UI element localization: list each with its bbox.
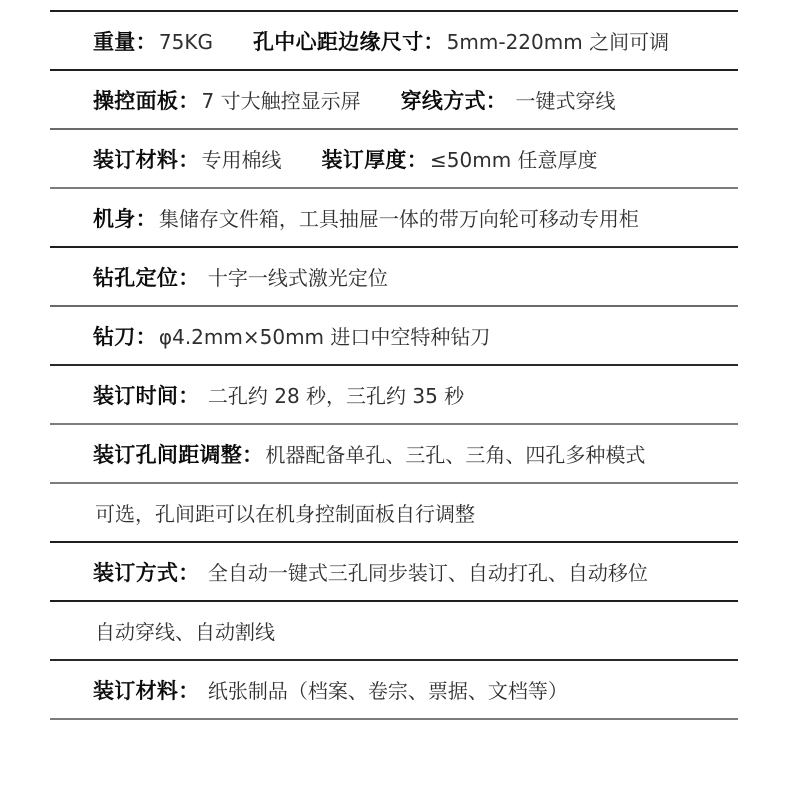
- spec-sheet-page: { "page": { "background_color": "#ffffff…: [0, 0, 790, 793]
- spec-segment: 重量：75KG: [93, 26, 213, 56]
- spec-row: 自动穿线、自动割线: [50, 602, 738, 661]
- spec-segment: 孔中心距边缘尺寸：5mm-220mm 之间可调: [253, 26, 669, 56]
- spec-segment: 钻刀：φ4.2mm×50mm 进口中空特种钻刀: [93, 321, 490, 351]
- spec-segment: 自动穿线、自动割线: [93, 616, 275, 645]
- spec-label: 钻刀：: [93, 321, 157, 351]
- spec-label: 穿线方式：: [401, 85, 508, 115]
- spec-row: 钻刀：φ4.2mm×50mm 进口中空特种钻刀: [50, 307, 738, 366]
- spec-segment: 装订厚度：≤50mm 任意厚度: [322, 144, 598, 174]
- spec-label: 装订厚度：: [322, 144, 429, 174]
- spec-label: 装订材料：: [93, 144, 200, 174]
- spec-value: 自动穿线、自动割线: [95, 616, 275, 645]
- spec-table: 重量：75KG孔中心距边缘尺寸：5mm-220mm 之间可调操控面板：7 寸大触…: [50, 10, 738, 720]
- spec-value: φ4.2mm×50mm 进口中空特种钻刀: [159, 321, 491, 350]
- spec-row: 装订材料：专用棉线装订厚度：≤50mm 任意厚度: [50, 130, 738, 189]
- spec-value: ≤50mm 任意厚度: [430, 144, 598, 173]
- spec-label: 装订方式：: [93, 557, 200, 587]
- spec-value: 十字一线式激光定位: [202, 262, 388, 291]
- spec-segment: 装订时间： 二孔约 28 秒，三孔约 35 秒: [93, 380, 464, 410]
- spec-row: 钻孔定位： 十字一线式激光定位: [50, 248, 738, 307]
- spec-segment: 装订材料：专用棉线: [93, 144, 282, 174]
- spec-value: 专用棉线: [202, 144, 282, 173]
- spec-label: 钻孔定位：: [93, 262, 200, 292]
- spec-row: 装订时间： 二孔约 28 秒，三孔约 35 秒: [50, 366, 738, 425]
- spec-label: 机身：: [93, 203, 157, 233]
- spec-value: 75KG: [159, 30, 213, 54]
- spec-value: 全自动一键式三孔同步装订、自动打孔、自动移位: [202, 557, 648, 586]
- spec-segment: 装订材料： 纸张制品（档案、卷宗、票据、文档等）: [93, 675, 568, 705]
- spec-value: 5mm-220mm 之间可调: [447, 26, 669, 55]
- spec-segment: 穿线方式： 一键式穿线: [401, 85, 616, 115]
- spec-segment: 钻孔定位： 十字一线式激光定位: [93, 262, 388, 292]
- spec-label: 重量：: [93, 26, 157, 56]
- spec-row: 装订材料： 纸张制品（档案、卷宗、票据、文档等）: [50, 661, 738, 720]
- spec-value: 可选，孔间距可以在机身控制面板自行调整: [95, 498, 475, 527]
- spec-row: 装订孔间距调整：机器配备单孔、三孔、三角、四孔多种模式: [50, 425, 738, 484]
- spec-value: 纸张制品（档案、卷宗、票据、文档等）: [202, 675, 568, 704]
- spec-value: 机器配备单孔、三孔、三角、四孔多种模式: [265, 439, 645, 468]
- spec-row: 操控面板：7 寸大触控显示屏穿线方式： 一键式穿线: [50, 71, 738, 130]
- spec-value: 二孔约 28 秒，三孔约 35 秒: [202, 380, 465, 409]
- spec-segment: 机身：集储存文件箱，工具抽屉一体的带万向轮可移动专用柜: [93, 203, 639, 233]
- spec-value: 集储存文件箱，工具抽屉一体的带万向轮可移动专用柜: [159, 203, 639, 232]
- spec-label: 孔中心距边缘尺寸：: [253, 26, 445, 56]
- spec-label: 装订孔间距调整：: [93, 439, 263, 469]
- spec-label: 装订材料：: [93, 675, 200, 705]
- spec-value: 7 寸大触控显示屏: [202, 85, 361, 114]
- spec-row: 装订方式： 全自动一键式三孔同步装订、自动打孔、自动移位: [50, 543, 738, 602]
- spec-row: 可选，孔间距可以在机身控制面板自行调整: [50, 484, 738, 543]
- spec-segment: 装订方式： 全自动一键式三孔同步装订、自动打孔、自动移位: [93, 557, 648, 587]
- spec-label: 装订时间：: [93, 380, 200, 410]
- spec-value: 一键式穿线: [509, 85, 615, 114]
- spec-label: 操控面板：: [93, 85, 200, 115]
- spec-segment: 装订孔间距调整：机器配备单孔、三孔、三角、四孔多种模式: [93, 439, 645, 469]
- spec-row: 机身：集储存文件箱，工具抽屉一体的带万向轮可移动专用柜: [50, 189, 738, 248]
- spec-segment: 可选，孔间距可以在机身控制面板自行调整: [93, 498, 475, 527]
- spec-row: 重量：75KG孔中心距边缘尺寸：5mm-220mm 之间可调: [50, 12, 738, 71]
- spec-segment: 操控面板：7 寸大触控显示屏: [93, 85, 361, 115]
